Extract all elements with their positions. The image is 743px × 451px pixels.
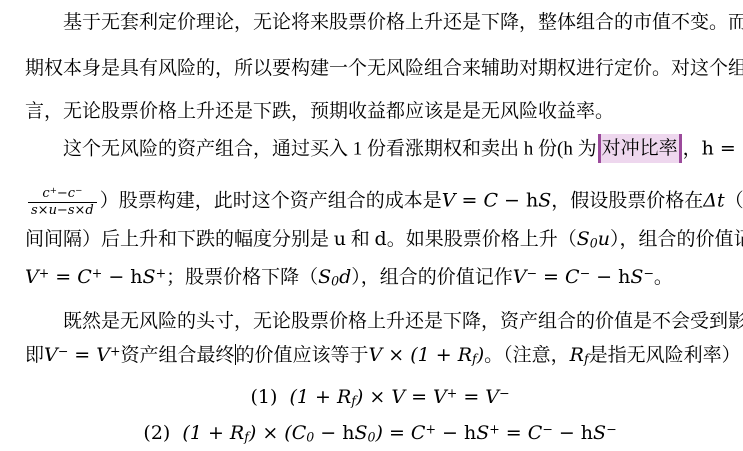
math-run: S: [538, 189, 551, 211]
text-line[interactable]: c+−c−s×u−s×d）股票构建，此时这个资产组合的成本是V = C − hS…: [25, 186, 735, 218]
text-run: 基于无套利定价理论，无论将来股票价格上升还是下降，整体组合的市值不变。而由于: [63, 12, 743, 33]
math-run: V+ = C+ −: [25, 266, 130, 288]
math-run: (1): [250, 386, 289, 408]
text-run: ；股票价格下降（: [166, 267, 318, 288]
text-run: 这个无风险的资产组合，通过买入 1 份看涨期权和卖出 h 份(h 为: [63, 138, 597, 159]
text-line[interactable]: 即V− = V+资产组合最终的价值应该等于V × (1 + Rf)。（注意，Rf…: [25, 344, 735, 367]
math-run: S+: [143, 266, 167, 288]
math-run: (1 + Rf) × (C0 −: [182, 422, 342, 444]
text-run: 的价值应该等于: [236, 345, 369, 366]
text-line[interactable]: 言，无论股票价格上升还是下跌，预期收益都应该是是无风险收益率。: [25, 100, 735, 123]
text-line[interactable]: 期权本身是具有风险的，所以要构建一个无风险组合来辅助对期权进行定价。对这个组合而: [25, 57, 735, 80]
math-run: Rf: [570, 344, 589, 366]
text-line[interactable]: 既然是无风险的头寸，无论股票价格上升还是下降，资产组合的价值是不会受到影响的，: [25, 310, 735, 333]
document-page[interactable]: 基于无套利定价理论，无论将来股票价格上升还是下降，整体组合的市值不变。而由于期权…: [0, 0, 743, 451]
math-run: (1 + Rf) × V = V+ = V−: [289, 386, 509, 408]
text-run: 期权本身是具有风险的，所以要构建一个无风险组合来辅助对期权进行定价。对这个组合而: [25, 58, 743, 79]
math-run: V− = C− −: [513, 266, 618, 288]
text-run: ）股票构建，此时这个资产组合的成本是: [100, 190, 442, 211]
math-run: h: [526, 189, 538, 211]
math-run: h: [464, 422, 476, 444]
math-run: h =: [702, 137, 742, 159]
text-run: 。如果股票价格上升（: [387, 229, 577, 250]
math-run: u: [334, 228, 346, 250]
text-line[interactable]: (1) (1 + Rf) × V = V+ = V−: [25, 386, 735, 409]
text-run: （很短的时: [725, 190, 743, 211]
math-run: h: [130, 266, 142, 288]
math-run: h: [342, 422, 354, 444]
text-line[interactable]: 这个无风险的资产组合，通过买入 1 份看涨期权和卖出 h 份(h 为对冲比率，h…: [25, 134, 735, 166]
math-run: V = C −: [442, 189, 526, 211]
math-run: Δt: [703, 189, 724, 211]
text-run: ，: [683, 138, 702, 159]
math-run: V− = V+: [44, 344, 120, 366]
fraction: c+−c−s×u−s×d: [28, 186, 97, 218]
math-run: S−: [593, 422, 617, 444]
text-run: ），组合的价值记作: [351, 267, 513, 288]
text-run: ，假设股票价格在: [551, 190, 703, 211]
text-run: 和: [346, 229, 375, 250]
text-run: 既然是无风险的头寸，无论股票价格上升还是下降，资产组合的价值是不会受到影响的，: [63, 311, 743, 332]
text-run: 间间隔）后上升和下跌的幅度分别是: [25, 229, 334, 250]
math-run: S−: [630, 266, 654, 288]
math-run: S0d: [318, 266, 351, 288]
math-run: (2): [143, 422, 182, 444]
text-run: ），组合的价值记作: [610, 229, 743, 250]
math-run: S0u: [577, 228, 610, 250]
text-run: 资产组合最终: [120, 345, 234, 366]
text-line[interactable]: V+ = C+ − hS+；股票价格下降（S0d），组合的价值记作V− = C−…: [25, 266, 735, 289]
text-run: 是指无风险利率）: [589, 345, 741, 366]
text-line[interactable]: 基于无套利定价理论，无论将来股票价格上升还是下降，整体组合的市值不变。而由于: [25, 11, 735, 34]
text-run: 言，无论股票价格上升还是下跌，预期收益都应该是是无风险收益率。: [25, 101, 614, 122]
math-run: V × (1 + Rf): [369, 344, 485, 366]
text-run: 。: [654, 267, 673, 288]
math-run: d: [375, 228, 387, 250]
math-run: h: [618, 266, 630, 288]
math-run: S0) = C+ −: [354, 422, 463, 444]
math-run: h: [581, 422, 593, 444]
text-line[interactable]: 间间隔）后上升和下跌的幅度分别是 u 和 d。如果股票价格上升（S0u），组合的…: [25, 228, 735, 251]
text-run: 即: [25, 345, 44, 366]
math-run: S+ = C− −: [476, 422, 581, 444]
text-run: 。（注意，: [484, 345, 570, 366]
text-line[interactable]: (2) (1 + Rf) × (C0 − hS0) = C+ − hS+ = C…: [25, 422, 735, 445]
selection-highlight[interactable]: 对冲比率: [598, 134, 682, 163]
